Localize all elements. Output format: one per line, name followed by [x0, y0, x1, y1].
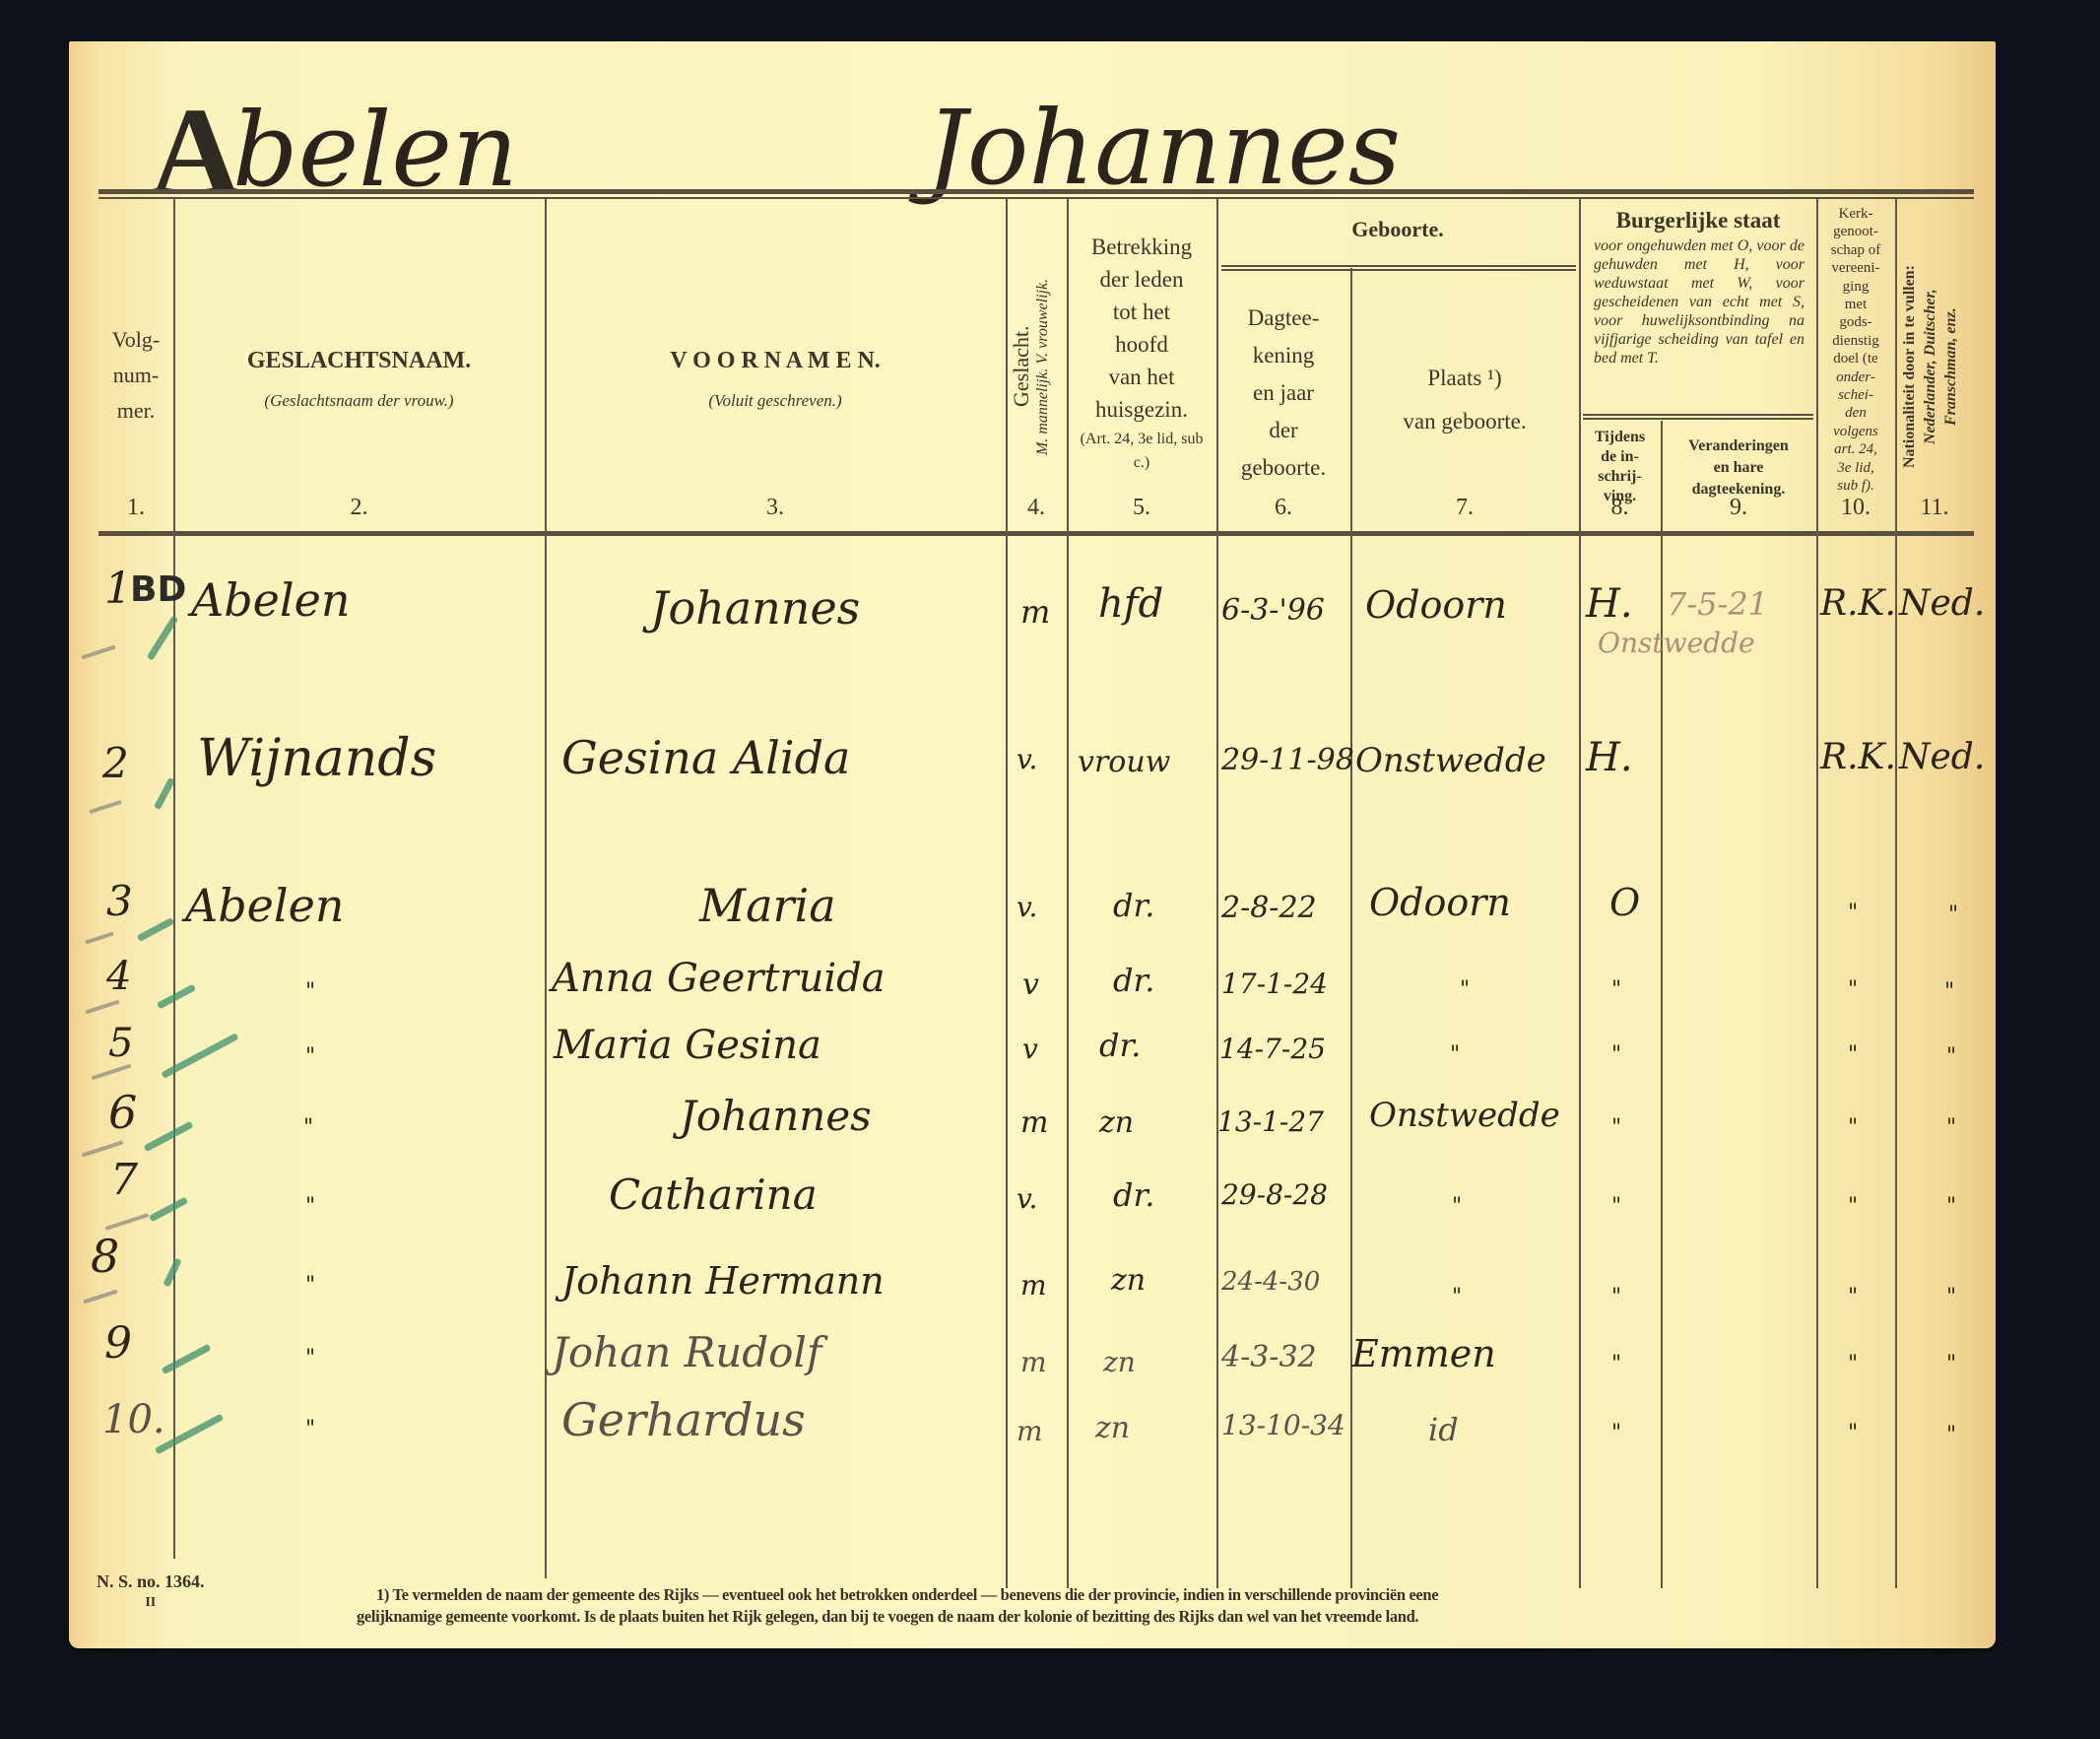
cell-nationality: " [1944, 979, 1954, 1004]
cell-nationality: Ned. [1899, 583, 1985, 624]
cell-religion: " [1848, 1042, 1858, 1067]
cell-surname: " [305, 1346, 315, 1371]
header-volgnummer-line: Volg- [98, 322, 173, 358]
cell-surname: " [305, 1273, 315, 1298]
cell-civil-status: " [1611, 1285, 1621, 1309]
header-burgerlijke-staat: Burgerlijke staat voor ongehuwden met O,… [1584, 207, 1812, 368]
grey-check-mark [85, 1000, 119, 1015]
grey-check-mark [81, 645, 115, 660]
header-kerkgenootschap: Kerk- genoot- schap of vereeni- ging met… [1816, 205, 1895, 496]
cell-religion: " [1848, 1194, 1858, 1219]
form-number: N. S. no. 1364. II [97, 1571, 205, 1614]
header-geslacht: Geslacht. M. mannelijk. V. vrouwelijk. [1009, 209, 1064, 524]
cell-sex: v. [1017, 891, 1037, 923]
header-line: en hare [1661, 457, 1816, 479]
header-plaats-line1: Plaats ¹) [1350, 357, 1579, 400]
cell-surname: " [305, 979, 315, 1004]
cell-civil-status: " [1611, 977, 1621, 1002]
cell-civil-status: " [1611, 1115, 1621, 1140]
cell-changes-place: Onstwedde [1598, 627, 1755, 659]
cell-civil-status: O [1609, 881, 1640, 924]
cell-nationality: " [1946, 1352, 1956, 1376]
green-check-mark [157, 984, 196, 1010]
title-surname: belen [232, 99, 518, 201]
cell-birth-place: Odoorn [1365, 583, 1507, 627]
burgerlijke-staat-subrule [1583, 414, 1813, 416]
header-line: kening [1216, 337, 1350, 374]
green-check-mark [144, 1121, 194, 1153]
cell-religion: " [1848, 1352, 1858, 1376]
column-number-9: 9. [1661, 495, 1816, 521]
header-line: tot het [1067, 296, 1216, 328]
register-card: A belen Johannes Volg- num- mer. GESLACH… [69, 41, 1996, 1648]
cell-nationality: " [1946, 1115, 1956, 1140]
cell-civil-status: " [1611, 1421, 1621, 1445]
header-plaats-line2: van geboorte. [1350, 400, 1579, 443]
top-rule-thin [98, 197, 1974, 199]
footnote-line-2: gelijknamige gemeente voorkomt. Is de pl… [357, 1606, 2002, 1628]
cell-relation: dr. [1113, 962, 1154, 999]
header-line: vereeni- [1816, 259, 1895, 277]
cell-birth-place: " [1460, 977, 1470, 1002]
row-number: 6 [108, 1086, 137, 1139]
column-number-6: 6. [1216, 495, 1350, 521]
header-burgerlijke-staat-description: voor ongehuwden met O, voor de gehuwden … [1584, 234, 1812, 368]
registration-stamp: BD [130, 569, 186, 610]
cell-relation: zn [1103, 1346, 1136, 1378]
cell-surname: " [305, 1417, 315, 1441]
column-number-1: 1. [98, 495, 173, 521]
header-volgnummer-line: mer. [98, 393, 173, 429]
cell-birth-date: 4-3-32 [1221, 1340, 1317, 1374]
cell-nationality: Ned. [1899, 737, 1985, 777]
cell-birth-place: " [1450, 1042, 1460, 1067]
header-geslachtsnaam-title: GESLACHTSNAAM. [173, 347, 545, 375]
header-line: Betrekking [1067, 231, 1216, 263]
geboorte-subrule [1221, 265, 1576, 267]
cell-sex: v [1022, 968, 1039, 1002]
header-line: doel (te [1816, 350, 1895, 368]
footnote: 1) Te vermelden de naam der gemeente des… [357, 1584, 2002, 1628]
cell-relation: dr. [1113, 1176, 1154, 1214]
cell-sex: m [1017, 1415, 1043, 1447]
header-nationaliteit: Nationaliteit door in te vullen: Nederla… [1899, 209, 1970, 524]
row-number: 7 [110, 1155, 138, 1205]
cell-birth-date: 29-8-28 [1221, 1178, 1328, 1211]
grey-check-mark [91, 1064, 131, 1081]
column-number-10: 10. [1816, 495, 1895, 521]
cell-sex: m [1020, 593, 1050, 631]
cell-religion: " [1848, 977, 1858, 1002]
title-given-name: Johannes [926, 97, 1401, 199]
cell-civil-status: " [1611, 1042, 1621, 1067]
header-geboorte: Geboorte. [1216, 217, 1579, 242]
header-line: onder- [1816, 368, 1895, 386]
column-number-4: 4. [1006, 495, 1067, 521]
header-voornamen-title: V O O R N A M E N. [545, 347, 1006, 375]
cell-nationality: " [1946, 1044, 1956, 1069]
cell-birth-place: Onstwedde [1355, 741, 1546, 780]
header-voornamen-subtitle: (Voluit geschreven.) [545, 391, 1006, 411]
header-line: der [1216, 412, 1350, 449]
green-check-mark [149, 1197, 188, 1223]
column-number-11: 11. [1895, 495, 1974, 521]
cell-surname: " [305, 1194, 315, 1219]
grey-check-mark [105, 1213, 150, 1231]
cell-given-names: Johannes [680, 1092, 872, 1140]
cell-birth-date: 14-7-25 [1219, 1033, 1326, 1065]
cell-surname: Abelen [185, 879, 344, 932]
cell-religion: R.K. [1820, 737, 1896, 777]
cell-given-names: Gesina Alida [561, 731, 850, 784]
cell-relation: dr. [1099, 1027, 1141, 1064]
cell-relation: vrouw [1078, 745, 1170, 779]
header-line: Dagtee- [1216, 300, 1350, 337]
cell-religion: " [1848, 901, 1858, 925]
cell-birth-date: 24-4-30 [1221, 1267, 1320, 1297]
green-check-mark [163, 1257, 181, 1287]
top-rule [98, 189, 1974, 194]
column-number-5: 5. [1067, 495, 1216, 521]
column-number-2: 2. [173, 495, 545, 521]
cell-relation: zn [1111, 1263, 1146, 1298]
col-line-3 [1006, 199, 1008, 1588]
header-nationaliteit-line2: Nederlander, Duitscher, [1920, 209, 1940, 524]
cell-civil-status: H. [1586, 735, 1633, 780]
cell-birth-place: Odoorn [1369, 881, 1511, 924]
cell-birth-date: 13-10-34 [1221, 1409, 1345, 1441]
column-number-8: 8. [1579, 495, 1661, 521]
cell-birth-date: 6-3-'96 [1221, 593, 1325, 628]
header-line: der leden [1067, 263, 1216, 296]
header-volgnummer-line: num- [98, 358, 173, 393]
header-nationaliteit-line1: Nationaliteit door in te vullen: [1899, 209, 1920, 524]
cell-given-names: Maria [699, 879, 836, 932]
cell-surname: " [303, 1115, 313, 1140]
header-nationaliteit-line3: Franschman, enz. [1940, 209, 1961, 524]
footnote-line-1: 1) Te vermelden de naam der gemeente des… [357, 1584, 2002, 1606]
form-series-text: II [97, 1592, 205, 1614]
cell-birth-date: 17-1-24 [1221, 968, 1328, 1000]
cell-religion: " [1848, 1421, 1858, 1445]
cell-sex: v. [1017, 1182, 1037, 1215]
cell-birth-date: 2-8-22 [1221, 891, 1317, 925]
cell-relation: zn [1099, 1105, 1134, 1140]
cell-sex: m [1020, 1269, 1047, 1302]
header-line: schrij- [1579, 467, 1661, 487]
row-number: 8 [91, 1230, 119, 1283]
col-line-10 [1895, 199, 1897, 1588]
header-betrekking: Betrekking der leden tot het hoofd van h… [1067, 231, 1216, 475]
header-line: en jaar [1216, 374, 1350, 412]
header-line: huisgezin. [1067, 393, 1216, 426]
cell-civil-status: " [1611, 1194, 1621, 1219]
header-line: volgens [1816, 423, 1895, 440]
cell-birth-date: 13-1-27 [1217, 1105, 1324, 1138]
cell-given-names: Johannes [650, 581, 860, 635]
cell-relation: hfd [1098, 581, 1163, 627]
cell-sex: m [1020, 1346, 1047, 1378]
cell-birth-place: Onstwedde [1369, 1096, 1560, 1135]
cell-birth-place: " [1452, 1285, 1462, 1309]
cell-nationality: " [1946, 1194, 1956, 1219]
cell-sex: v. [1017, 743, 1037, 775]
row-number: 9 [104, 1318, 132, 1369]
cell-surname: Abelen [191, 573, 350, 627]
cell-civil-status: " [1611, 1352, 1621, 1376]
geboorte-subrule-2 [1221, 269, 1576, 271]
cell-birth-date: 29-11-98 [1221, 743, 1354, 777]
column-number-3: 3. [545, 495, 1006, 521]
cell-nationality: " [1946, 1423, 1956, 1447]
cell-religion: R.K. [1820, 583, 1896, 624]
burgerlijke-staat-subrule-2 [1583, 418, 1813, 420]
cell-birth-place: Emmen [1351, 1332, 1496, 1375]
grey-check-mark [83, 1290, 117, 1304]
cell-religion: " [1848, 1285, 1858, 1309]
grey-check-mark [89, 800, 122, 814]
green-check-mark [162, 1344, 212, 1375]
header-line: Kerk- [1816, 205, 1895, 223]
header-geslachtsnaam-subtitle: (Geslachtsnaam der vrouw.) [173, 391, 545, 411]
cell-relation: zn [1095, 1411, 1130, 1445]
form-number-text: N. S. no. 1364. [97, 1571, 205, 1592]
col-line-6b [1350, 531, 1352, 1588]
cell-religion: " [1848, 1115, 1858, 1140]
cell-surname: " [305, 1044, 315, 1069]
row-number: 1 [104, 564, 132, 614]
cell-given-names: Anna Geertruida [552, 956, 886, 1001]
header-line: dienstig [1816, 332, 1895, 350]
header-line: gods- [1816, 313, 1895, 331]
header-line: art. 24, [1816, 440, 1895, 458]
green-check-mark [154, 777, 175, 810]
cell-surname: Wijnands [197, 729, 436, 788]
header-line: 3e lid, [1816, 459, 1895, 477]
header-veranderingen: Veranderingen en hare dagteekening. [1661, 435, 1816, 501]
header-rule [98, 531, 1974, 536]
row-number: 4 [106, 954, 131, 999]
header-line: geboorte. [1216, 449, 1350, 487]
cell-nationality: " [1946, 1285, 1956, 1309]
column-number-7: 7. [1350, 495, 1579, 521]
cell-birth-place: id [1428, 1411, 1459, 1448]
cell-relation: dr. [1113, 887, 1154, 924]
header-line: Veranderingen [1661, 435, 1816, 457]
row-number: 5 [108, 1021, 133, 1066]
cell-civil-status: H. [1586, 581, 1633, 627]
header-geslacht-title: Geslacht. [1009, 209, 1034, 524]
cell-nationality: " [1948, 903, 1958, 927]
header-voornamen: V O O R N A M E N. (Voluit geschreven.) [545, 347, 1006, 411]
header-line: den [1816, 404, 1895, 422]
cell-given-names: Maria Gesina [554, 1023, 821, 1068]
header-betrekking-note: (Art. 24, 3e lid, sub c.) [1067, 426, 1216, 475]
cell-birth-place: " [1452, 1194, 1462, 1219]
cell-sex: m [1020, 1105, 1048, 1140]
col-line-7 [1579, 199, 1581, 1588]
cell-changes-date: 7-5-21 [1667, 585, 1768, 623]
header-line: Tijdens [1579, 428, 1661, 447]
header-line: schap of [1816, 241, 1895, 259]
row-number: 10. [102, 1397, 165, 1442]
header-plaats: Plaats ¹) van geboorte. [1350, 357, 1579, 443]
header-volgnummer: Volg- num- mer. [98, 322, 173, 429]
col-line-8 [1661, 421, 1663, 1588]
header-line: sub f). [1816, 477, 1895, 495]
green-check-mark [137, 917, 175, 942]
cell-given-names: Catharina [609, 1170, 818, 1219]
header-line: met [1816, 296, 1895, 313]
header-line: ging [1816, 278, 1895, 296]
header-line: de in- [1579, 447, 1661, 467]
header-geslacht-subtitle: M. mannelijk. V. vrouwelijk. [1034, 209, 1052, 524]
grey-check-mark [85, 931, 114, 944]
title-initial-letter: A [150, 89, 238, 215]
cell-given-names: Johan Rudolf [552, 1328, 821, 1376]
header-burgerlijke-staat-title: Burgerlijke staat [1584, 207, 1812, 234]
header-line: schei- [1816, 386, 1895, 404]
cell-sex: v [1022, 1033, 1038, 1065]
row-number: 3 [106, 877, 133, 925]
cell-given-names: Johann Hermann [561, 1259, 885, 1303]
header-line: van het [1067, 361, 1216, 393]
header-geslachtsnaam: GESLACHTSNAAM. (Geslachtsnaam der vrouw.… [173, 347, 545, 411]
header-line: genoot- [1816, 223, 1895, 240]
header-dagteekening: Dagtee- kening en jaar der geboorte. [1216, 300, 1350, 487]
cell-given-names: Gerhardus [561, 1393, 806, 1446]
row-number: 2 [102, 739, 129, 787]
header-line: hoofd [1067, 328, 1216, 361]
